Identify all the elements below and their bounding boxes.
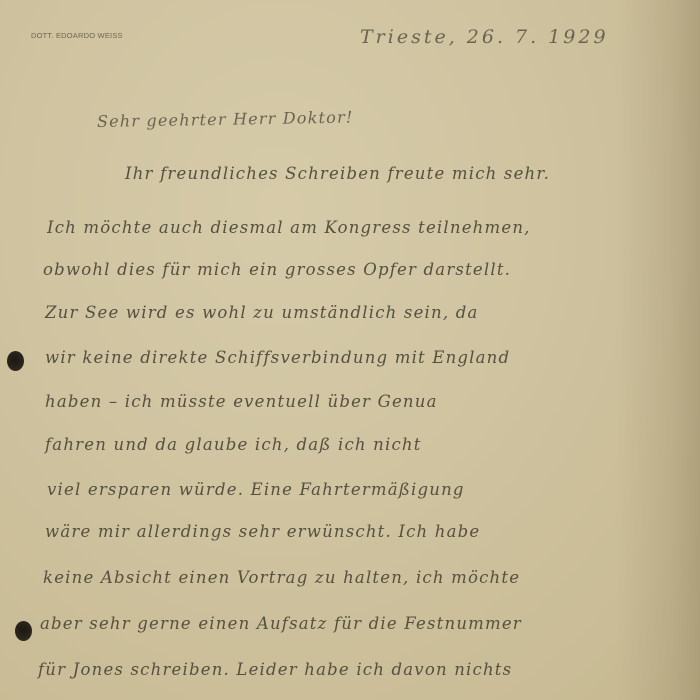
punch-hole bbox=[7, 351, 24, 371]
letter-line: für Jones schreiben. Leider habe ich dav… bbox=[38, 660, 512, 679]
letter-line: fahren und da glaube ich, daß ich nicht bbox=[45, 435, 422, 454]
letter-line: viel ersparen würde. Eine Fahrtermäßigun… bbox=[47, 480, 465, 499]
letter-date: Trieste, 26. 7. 1929 bbox=[360, 26, 609, 48]
letter-line: Ich möchte auch diesmal am Kongress teil… bbox=[47, 218, 531, 237]
letter-line: keine Absicht einen Vortrag zu halten, i… bbox=[43, 568, 520, 587]
letter-line: obwohl dies für mich ein grosses Opfer d… bbox=[43, 260, 511, 279]
letter-line: haben – ich müsste eventuell über Genua bbox=[45, 392, 438, 411]
letter-line: Zur See wird es wohl zu umständlich sein… bbox=[45, 303, 479, 322]
punch-hole bbox=[15, 621, 32, 641]
letter-line: wir keine direkte Schiffsverbindung mit … bbox=[45, 348, 510, 367]
letter-line: Ihr freundliches Schreiben freute mich s… bbox=[125, 164, 550, 183]
letter-line: aber sehr gerne einen Aufsatz für die Fe… bbox=[40, 614, 522, 633]
letter-line: wäre mir allerdings sehr erwünscht. Ich … bbox=[45, 522, 480, 541]
letter-page: DOTT. EDOARDO WEISS Trieste, 26. 7. 1929… bbox=[0, 0, 700, 700]
salutation: Sehr geehrter Herr Doktor! bbox=[97, 108, 354, 131]
letterhead: DOTT. EDOARDO WEISS bbox=[31, 31, 123, 40]
